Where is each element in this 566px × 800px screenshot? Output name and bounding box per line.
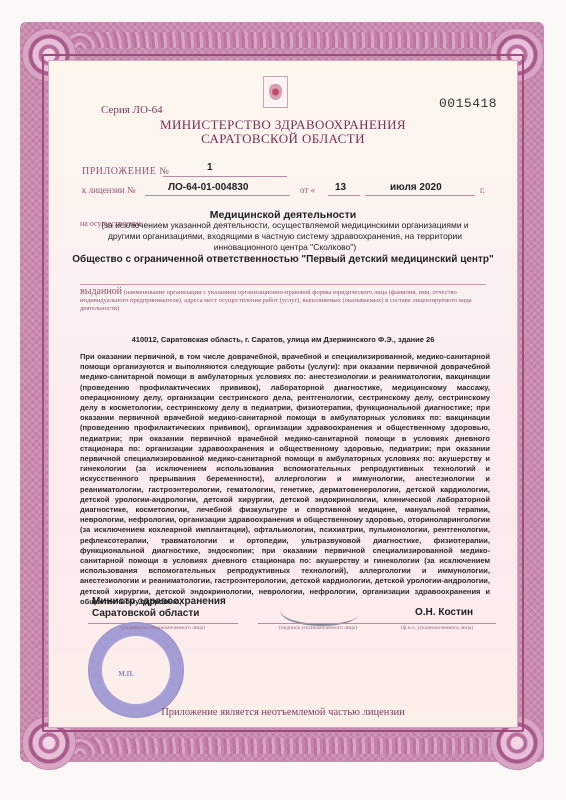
position-underline [88, 623, 238, 624]
organization-underline [80, 284, 486, 285]
appendix-underline [163, 176, 287, 177]
organization-name: Общество с ограниченной ответственностью… [0, 254, 566, 265]
services-list: При оказании первичной, в том числе довр… [80, 352, 490, 607]
series-label: Серия ЛО-64 [101, 104, 163, 116]
signer-name: О.Н. Костин [415, 607, 473, 618]
caption-signature: (подпись уполномоченного лица) [258, 625, 378, 631]
address: 410012, Саратовская область, г. Саратов,… [0, 335, 566, 344]
stamp-mark: М.П. [118, 670, 134, 678]
form-number: 0015418 [439, 96, 497, 111]
day-underline [328, 195, 360, 196]
issued-label: выданной [80, 286, 122, 297]
signer-title-line1: Министр здравоохранения [92, 596, 226, 608]
year-suffix: г. [480, 185, 485, 195]
border-ornament-top [70, 32, 496, 48]
date-from-label: от « [300, 185, 315, 195]
month-underline [365, 195, 475, 196]
name-underline [378, 623, 496, 624]
issued-block: выданной (наименование организации с ука… [80, 288, 490, 313]
ministry-region: САРАТОВСКОЙ ОБЛАСТИ [0, 131, 566, 147]
footer-note: Приложение является неотъемлемой частью … [0, 707, 566, 718]
signer-title: Министр здравоохранения Саратовской обла… [92, 596, 226, 620]
caption-position: (должность уполномоченного лица) [88, 625, 238, 631]
license-month-year: июля 2020 [390, 182, 442, 193]
license-day: 13 [335, 182, 346, 193]
border-ornament-bottom [70, 738, 496, 754]
official-stamp: М.П. [88, 622, 184, 718]
appendix-label: ПРИЛОЖЕНИЕ № [82, 166, 169, 177]
signature-underline [258, 623, 378, 624]
license-number: ЛО-64-01-004830 [168, 182, 248, 193]
coat-of-arms-icon [263, 76, 288, 108]
issued-caption: (наименование организации с указанием ор… [80, 289, 472, 312]
activity-note: (за исключением указанной деятельности, … [95, 220, 475, 253]
signer-title-line2: Саратовской области [92, 608, 226, 620]
caption-name: (ф.и.о. уполномоченного лица) [378, 625, 496, 631]
license-label: к лицензии № [82, 185, 136, 195]
license-underline [145, 195, 290, 196]
appendix-number: 1 [207, 162, 213, 173]
